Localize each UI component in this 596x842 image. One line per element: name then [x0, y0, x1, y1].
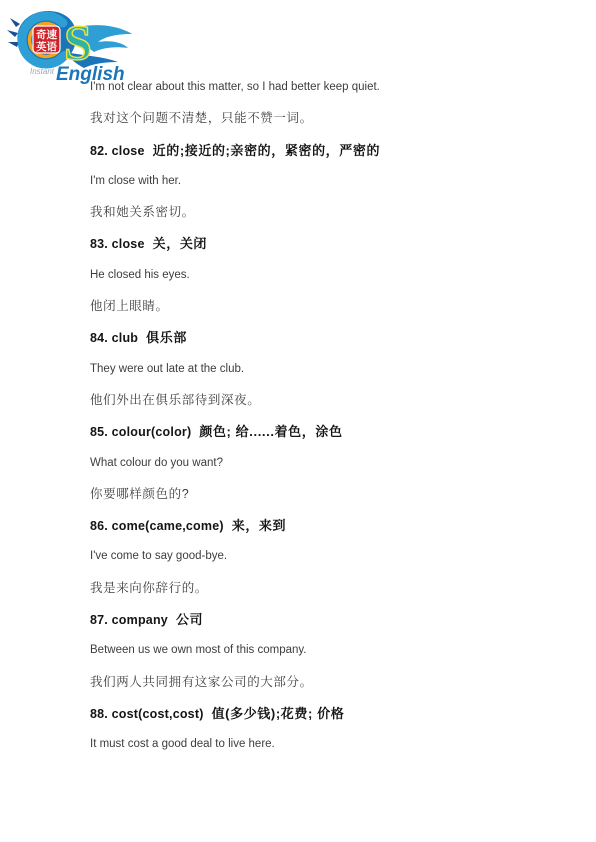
- document-page: S 奇速 英语 Instant English I'm not clear ab…: [0, 0, 596, 842]
- vocabulary-list: I'm not clear about this matter, so I ha…: [90, 72, 560, 761]
- logo-instant-text: Instant: [30, 67, 55, 76]
- entry-number-word: 88. cost(cost,cost): [90, 707, 204, 721]
- example-sentence-zh: 他们外出在俱乐部待到深夜。: [90, 385, 560, 416]
- entry-heading: 82. close近的;接近的;亲密的，紧密的，严密的: [90, 135, 560, 166]
- entry-heading: 83. close关，关闭: [90, 228, 560, 259]
- example-sentence-en: I'm close with her.: [90, 166, 560, 197]
- example-sentence-zh: 我和她关系密切。: [90, 197, 560, 228]
- entry-number-word: 82. close: [90, 144, 145, 158]
- entry-meaning: 来，来到: [232, 518, 286, 533]
- entry-number-word: 85. colour(color): [90, 425, 191, 439]
- entry-meaning: 俱乐部: [146, 330, 187, 345]
- example-sentence-zh: 他闭上眼睛。: [90, 291, 560, 322]
- entry-heading: 84. club俱乐部: [90, 322, 560, 353]
- logo-badge-line1: 奇速: [36, 28, 57, 41]
- entry-number-word: 87. company: [90, 613, 168, 627]
- entry-heading: 87. company公司: [90, 604, 560, 635]
- example-sentence-en: He closed his eyes.: [90, 260, 560, 291]
- example-sentence-zh: 我对这个问题不清楚，只能不赞一词。: [90, 103, 560, 134]
- entry-meaning: 值(多少钱);花费; 价格: [212, 706, 345, 721]
- entry-heading: 85. colour(color)颜色; 给......着色，涂色: [90, 416, 560, 447]
- example-sentence-zh: 我是来向你辞行的。: [90, 573, 560, 604]
- entry-number-word: 86. come(came,come): [90, 519, 224, 533]
- example-sentence-en: It must cost a good deal to live here.: [90, 729, 560, 760]
- entry-meaning: 公司: [176, 612, 203, 627]
- example-sentence-en: They were out late at the club.: [90, 354, 560, 385]
- example-sentence-en: I'm not clear about this matter, so I ha…: [90, 72, 560, 103]
- example-sentence-zh: 你要哪样颜色的?: [90, 479, 560, 510]
- example-sentence-en: Between us we own most of this company.: [90, 635, 560, 666]
- logo-badge: 奇速 英语: [33, 26, 60, 53]
- logo-letter-s: S: [64, 14, 92, 70]
- entry-meaning: 颜色; 给......着色，涂色: [199, 424, 342, 439]
- example-sentence-zh: 我们两人共同拥有这家公司的大部分。: [90, 667, 560, 698]
- entry-heading: 86. come(came,come)来，来到: [90, 510, 560, 541]
- entry-meaning: 近的;接近的;亲密的，紧密的，严密的: [153, 143, 380, 158]
- example-sentence-en: What colour do you want?: [90, 448, 560, 479]
- entry-number-word: 84. club: [90, 331, 138, 345]
- entry-number-word: 83. close: [90, 237, 145, 251]
- entry-heading: 88. cost(cost,cost)值(多少钱);花费; 价格: [90, 698, 560, 729]
- example-sentence-en: I've come to say good-bye.: [90, 541, 560, 572]
- entry-meaning: 关，关闭: [153, 236, 207, 251]
- logo-badge-line2: 英语: [36, 40, 57, 53]
